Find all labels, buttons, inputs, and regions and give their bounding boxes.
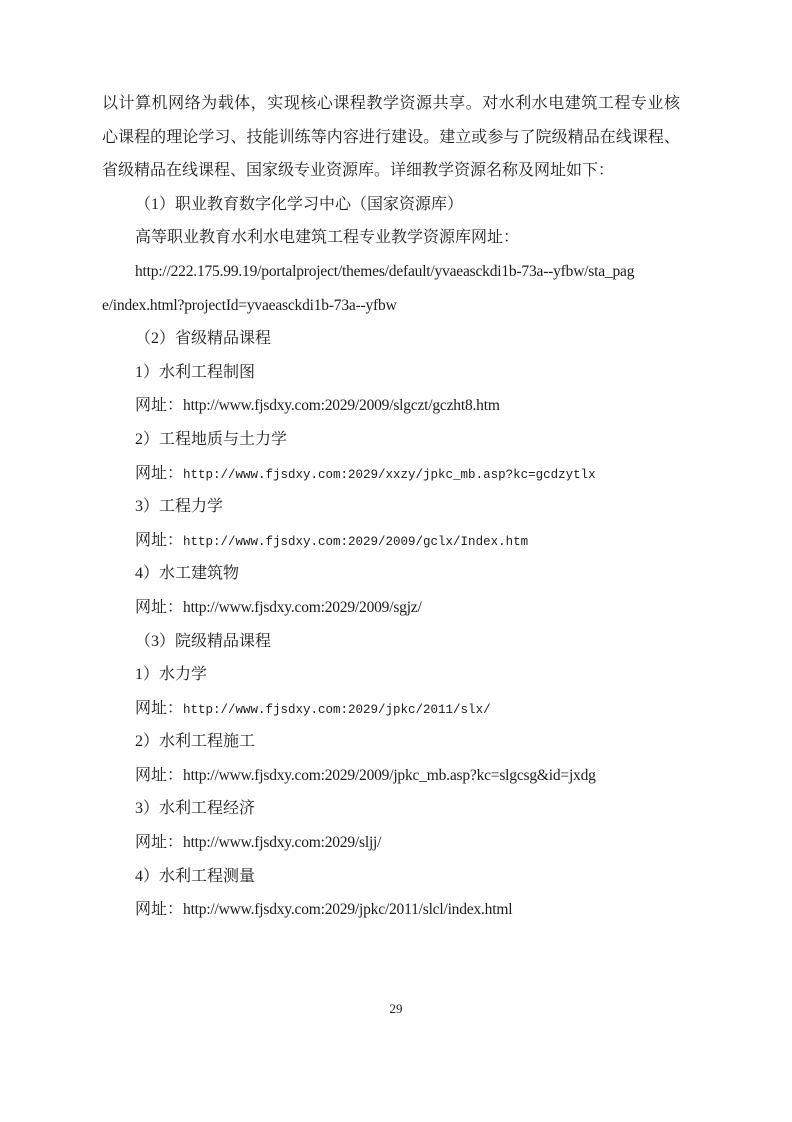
- url-line: 网址：http://www.fjsdxy.com:2029/2009/sgjz/: [102, 591, 680, 625]
- url-line-continuation: e/index.html?projectId=yvaeasckdi1b-73a-…: [102, 289, 680, 323]
- course-item: 3）水利工程经济: [102, 792, 680, 826]
- page-number: 29: [0, 999, 792, 1019]
- url-line: 网址：http://www.fjsdxy.com:2029/xxzy/jpkc_…: [102, 457, 680, 491]
- course-item: 4）水工建筑物: [102, 557, 680, 591]
- section-1-heading: （1）职业教育数字化学习中心（国家资源库）: [102, 188, 680, 222]
- course-item: 4）水利工程测量: [102, 860, 680, 894]
- url-label: 网址：: [135, 901, 183, 918]
- url-label: 网址：: [135, 465, 183, 482]
- resource-library-label: 高等职业教育水利水电建筑工程专业教学资源库网址：: [102, 221, 680, 255]
- section-3-heading: （3）院级精品课程: [102, 625, 680, 659]
- document-page: 以计算机网络为载体，实现核心课程教学资源共享。对水利水电建筑工程专业核 心课程的…: [0, 0, 792, 1122]
- paragraph-line: 心课程的理论学习、技能训练等内容进行建设。建立或参与了院级精品在线课程、: [102, 121, 680, 155]
- course-item: 2）工程地质与土力学: [102, 423, 680, 457]
- course-url: http://www.fjsdxy.com:2029/2009/sgjz/: [183, 599, 422, 616]
- url-label: 网址：: [135, 599, 183, 616]
- url-line: 网址：http://www.fjsdxy.com:2029/jpkc/2011/…: [102, 692, 680, 726]
- course-item: 1）水力学: [102, 658, 680, 692]
- url-label: 网址：: [135, 532, 183, 549]
- url-line: 网址：http://www.fjsdxy.com:2029/2009/gclx/…: [102, 524, 680, 558]
- course-url: http://www.fjsdxy.com:2029/2009/jpkc_mb.…: [183, 767, 596, 784]
- paragraph-line: 以计算机网络为载体，实现核心课程教学资源共享。对水利水电建筑工程专业核: [102, 87, 680, 121]
- url-line: http://222.175.99.19/portalproject/theme…: [102, 255, 680, 289]
- url-line: 网址：http://www.fjsdxy.com:2029/2009/jpkc_…: [102, 759, 680, 793]
- url-line: 网址：http://www.fjsdxy.com:2029/2009/slgcz…: [102, 389, 680, 423]
- url-line: 网址：http://www.fjsdxy.com:2029/sljj/: [102, 826, 680, 860]
- url-label: 网址：: [135, 700, 183, 717]
- course-item: 2）水利工程施工: [102, 725, 680, 759]
- section-2-heading: （2）省级精品课程: [102, 322, 680, 356]
- url-label: 网址：: [135, 834, 183, 851]
- url-label: 网址：: [135, 397, 183, 414]
- course-url: http://www.fjsdxy.com:2029/2009/slgczt/g…: [183, 397, 500, 414]
- course-url: http://www.fjsdxy.com:2029/2009/gclx/Ind…: [183, 535, 528, 549]
- url-line: 网址：http://www.fjsdxy.com:2029/jpkc/2011/…: [102, 893, 680, 927]
- course-item: 1）水利工程制图: [102, 356, 680, 390]
- course-item: 3）工程力学: [102, 490, 680, 524]
- course-url: http://www.fjsdxy.com:2029/jpkc/2011/slc…: [183, 901, 512, 918]
- course-url: http://www.fjsdxy.com:2029/xxzy/jpkc_mb.…: [183, 468, 596, 482]
- course-url: http://www.fjsdxy.com:2029/sljj/: [183, 834, 381, 851]
- document-body: 以计算机网络为载体，实现核心课程教学资源共享。对水利水电建筑工程专业核 心课程的…: [102, 87, 680, 927]
- paragraph-line: 省级精品在线课程、国家级专业资源库。详细教学资源名称及网址如下：: [102, 154, 680, 188]
- course-url: http://www.fjsdxy.com:2029/jpkc/2011/slx…: [183, 703, 491, 717]
- url-label: 网址：: [135, 767, 183, 784]
